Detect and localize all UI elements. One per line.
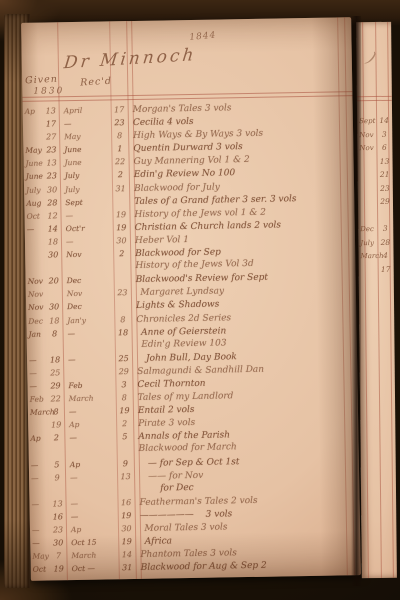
received-month-cell bbox=[63, 347, 115, 348]
received-day-cell: 9 bbox=[117, 457, 134, 470]
given-month-cell: Nov bbox=[26, 301, 46, 314]
received-month-cell: Ap bbox=[65, 457, 117, 471]
received-day-cell: 8 bbox=[114, 313, 131, 326]
facing-page-entries: Sept 14 Nov 3 Nov 6 13 bbox=[357, 114, 394, 276]
received-month-cell: Nov bbox=[62, 287, 114, 301]
given-month-cell: Oct bbox=[31, 563, 51, 576]
book-title-cell: Blackwood for Aug & Sep 2 bbox=[136, 558, 361, 575]
received-day-cell: 31 bbox=[112, 182, 129, 195]
given-day-cell: 9 bbox=[49, 471, 65, 484]
received-day-cell: 19 bbox=[112, 208, 129, 221]
received-day-cell: 1 bbox=[111, 142, 128, 155]
header-rule bbox=[357, 96, 392, 97]
received-day-cell: 2 bbox=[113, 247, 130, 260]
received-day-cell: 5 bbox=[116, 430, 133, 443]
ledger-left-page: 1844 Dr Minnoch Given Rec'd 1830 Ap 13 A… bbox=[21, 17, 361, 581]
ruled-line-vertical bbox=[362, 22, 369, 578]
received-day-cell: 19 bbox=[118, 509, 135, 522]
given-month-cell: July bbox=[24, 183, 44, 196]
facing-day-cell: 29 bbox=[377, 195, 393, 208]
received-month-cell: March bbox=[64, 391, 116, 405]
received-month-cell: Feb bbox=[63, 378, 115, 392]
received-month-cell: March bbox=[66, 548, 118, 562]
given-day-cell: 18 bbox=[46, 314, 62, 327]
given-day-cell: 23 bbox=[44, 170, 60, 183]
given-day-cell: 8 bbox=[46, 327, 62, 340]
given-day-cell: 30 bbox=[44, 183, 60, 196]
given-month-cell: — bbox=[29, 497, 49, 510]
given-month-cell: Aug bbox=[24, 196, 44, 209]
given-day-cell: 25 bbox=[47, 366, 63, 379]
received-month-cell: — bbox=[59, 116, 111, 130]
received-month-cell: — bbox=[62, 326, 114, 340]
given-month-cell: May bbox=[23, 144, 43, 157]
given-day-cell: 13 bbox=[43, 104, 59, 117]
received-month-cell bbox=[63, 374, 115, 375]
received-month-cell: — bbox=[64, 431, 116, 445]
received-month-cell: April bbox=[59, 103, 111, 117]
given-day-cell: 12 bbox=[44, 209, 60, 222]
received-month-cell: Dec bbox=[62, 274, 114, 288]
given-day-cell: 2 bbox=[48, 432, 64, 445]
given-day-cell: 23 bbox=[50, 523, 66, 536]
account-title: Dr Minnoch bbox=[63, 39, 295, 73]
received-day-cell: 22 bbox=[111, 155, 128, 168]
received-month-cell: Oct 15 bbox=[66, 535, 118, 549]
given-month-cell: June bbox=[24, 170, 44, 183]
received-month-cell: — bbox=[64, 404, 116, 418]
received-month-cell: — bbox=[61, 234, 113, 248]
facing-page-row: 17 bbox=[359, 262, 394, 276]
facing-day-cell: 21 bbox=[377, 168, 393, 181]
given-day-cell: 19 bbox=[51, 562, 67, 575]
received-month-cell: July bbox=[60, 169, 112, 183]
received-day-cell: 19 bbox=[113, 221, 130, 234]
ledger-entries: Ap 13 April 17 Morgan's Tales 3 vols 17 … bbox=[23, 99, 361, 576]
margin-year: 1830 bbox=[33, 86, 64, 97]
given-day-cell: 16 bbox=[50, 510, 66, 523]
facing-day-cell: 13 bbox=[376, 154, 392, 167]
given-month-cell: — bbox=[27, 379, 47, 392]
given-month-cell: — bbox=[29, 471, 49, 484]
given-month-cell: June bbox=[24, 157, 44, 170]
received-month-cell: June bbox=[59, 156, 111, 170]
received-day-cell: 30 bbox=[118, 522, 135, 535]
received-month-cell bbox=[61, 268, 113, 269]
received-month-cell: June bbox=[59, 143, 111, 157]
received-month-cell: Ap bbox=[66, 522, 118, 536]
received-day-cell: 19 bbox=[116, 404, 133, 417]
facing-day-cell: 3 bbox=[377, 222, 393, 235]
facing-day-cell: 4 bbox=[377, 249, 393, 262]
given-month-cell: Nov bbox=[26, 288, 46, 301]
given-month-cell: Ap bbox=[23, 105, 43, 118]
received-day-cell: 30 bbox=[113, 234, 130, 247]
facing-page-row: Dec 3 bbox=[358, 222, 393, 236]
received-day-cell: 13 bbox=[117, 470, 134, 483]
given-day-cell: 29 bbox=[47, 379, 63, 392]
facing-page-row: 23 bbox=[358, 181, 393, 195]
given-day-cell: 13 bbox=[43, 157, 59, 170]
given-day-cell: 18 bbox=[45, 235, 61, 248]
given-month-cell: Dec bbox=[26, 314, 46, 327]
ledger-right-page-sliver: ) Sept 14 Nov 3 Nov 6 bbox=[356, 22, 397, 578]
received-day-cell: 23 bbox=[114, 286, 131, 299]
received-day-cell: 14 bbox=[118, 548, 135, 561]
given-month-cell: May bbox=[30, 550, 50, 563]
given-month-cell: — bbox=[30, 537, 50, 550]
received-day-cell: 2 bbox=[116, 417, 133, 430]
facing-month-cell: July bbox=[358, 236, 377, 249]
received-month-cell: Oct'r bbox=[61, 221, 113, 235]
facing-page-row: 21 bbox=[358, 168, 393, 182]
facing-day-cell: 28 bbox=[377, 235, 393, 248]
given-day-cell: 18 bbox=[47, 353, 63, 366]
given-day-cell: 5 bbox=[49, 458, 65, 471]
given-month-cell: Oct bbox=[24, 209, 44, 222]
received-day-cell: 25 bbox=[115, 352, 132, 365]
facing-page-row: Nov 3 bbox=[357, 127, 392, 141]
ruled-line-vertical bbox=[387, 22, 394, 578]
header-rule bbox=[357, 100, 392, 101]
given-month-cell: March bbox=[28, 406, 48, 419]
received-month-cell: Dec bbox=[62, 300, 114, 314]
facing-month-cell: March bbox=[358, 250, 377, 263]
facing-day-cell: 6 bbox=[376, 141, 392, 154]
received-day-cell: 18 bbox=[114, 326, 131, 339]
given-day-cell: 7 bbox=[50, 549, 66, 562]
facing-month-cell: Dec bbox=[358, 223, 377, 236]
given-month-cell: — bbox=[25, 222, 45, 235]
received-day-cell: 31 bbox=[119, 561, 136, 574]
received-month-cell: Sept bbox=[60, 195, 112, 209]
received-day-cell: 29 bbox=[115, 365, 132, 378]
given-month-cell: — bbox=[27, 366, 47, 379]
given-month-cell: Ap bbox=[28, 432, 48, 445]
facing-page-row: July 28 bbox=[358, 235, 393, 249]
facing-page-row bbox=[358, 208, 393, 222]
received-month-cell: July bbox=[60, 182, 112, 196]
column-label-received: Rec'd bbox=[80, 76, 112, 89]
facing-day-cell: 17 bbox=[378, 262, 394, 275]
given-day-cell: 19 bbox=[48, 418, 64, 431]
given-day-cell: 8 bbox=[48, 405, 64, 418]
received-day-cell: 19 bbox=[118, 535, 135, 548]
received-month-cell: Jan'y bbox=[62, 313, 114, 327]
facing-page-row: March 4 bbox=[358, 249, 393, 263]
given-day-cell: 30 bbox=[50, 536, 66, 549]
given-day-cell: 30 bbox=[46, 301, 62, 314]
given-day-cell: 14 bbox=[45, 222, 61, 235]
facing-page-row: 29 bbox=[358, 195, 393, 209]
received-day-cell: 16 bbox=[117, 496, 134, 509]
received-month-cell: — bbox=[63, 352, 115, 366]
received-day-cell: 8 bbox=[116, 391, 133, 404]
given-day-cell: 28 bbox=[44, 196, 60, 209]
received-month-cell: Nov bbox=[61, 247, 113, 261]
facing-page-row: 13 bbox=[357, 154, 392, 168]
facing-day-cell: 23 bbox=[377, 181, 393, 194]
received-month-cell: — bbox=[65, 470, 117, 484]
given-day-cell: 20 bbox=[46, 274, 62, 287]
given-day-cell: 22 bbox=[48, 392, 64, 405]
received-day-cell: 17 bbox=[111, 103, 128, 116]
received-day-cell: 3 bbox=[115, 378, 132, 391]
given-month-cell: Nov bbox=[26, 275, 46, 288]
given-month-cell: Feb bbox=[28, 393, 48, 406]
received-month-cell: May bbox=[59, 130, 111, 144]
page-gutter-shadow bbox=[351, 16, 361, 586]
given-day-cell: 17 bbox=[43, 117, 59, 130]
year-annotation: 1844 bbox=[189, 31, 217, 43]
facing-day-cell: 3 bbox=[376, 127, 392, 140]
facing-day-cell: 14 bbox=[376, 114, 392, 127]
received-month-cell: Oct — bbox=[67, 562, 119, 576]
received-month-cell: — bbox=[66, 509, 118, 523]
received-month-cell: Ap bbox=[64, 418, 116, 432]
ledger-photograph: 1844 Dr Minnoch Given Rec'd 1830 Ap 13 A… bbox=[0, 0, 400, 600]
given-day-cell: 23 bbox=[43, 144, 59, 157]
received-day-cell: 23 bbox=[111, 116, 128, 129]
received-day-cell: 2 bbox=[112, 169, 129, 182]
received-month-cell: — bbox=[65, 496, 117, 510]
facing-page-row: Sept 14 bbox=[357, 114, 392, 128]
received-month-cell bbox=[65, 452, 117, 453]
received-month-cell bbox=[65, 491, 117, 492]
received-day-cell: 8 bbox=[111, 129, 128, 142]
given-month-cell: — bbox=[27, 353, 47, 366]
facing-page-flourish: ) bbox=[364, 48, 379, 67]
given-day-cell: 27 bbox=[43, 130, 59, 143]
given-month-cell: — bbox=[29, 458, 49, 471]
facing-page-row: Nov 6 bbox=[357, 141, 392, 155]
column-label-given: Given bbox=[25, 74, 58, 87]
received-month-cell: — bbox=[60, 208, 112, 222]
given-day-cell: 13 bbox=[49, 497, 65, 510]
given-month-cell: — bbox=[30, 523, 50, 536]
given-day-cell: 30 bbox=[45, 248, 61, 261]
given-month-cell: Jan bbox=[26, 327, 46, 340]
ruled-line-vertical bbox=[375, 22, 382, 578]
